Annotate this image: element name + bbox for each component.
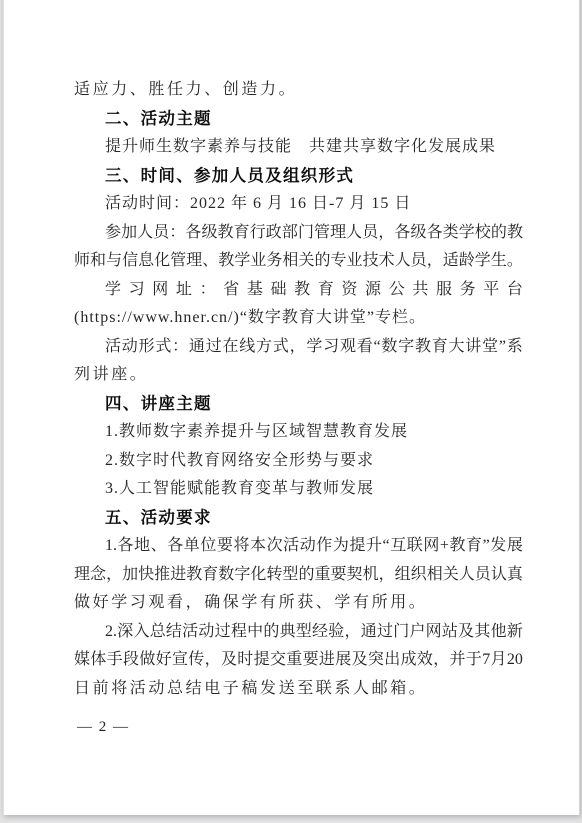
section-heading: 二、活动主题 bbox=[74, 105, 523, 134]
document-page: 适应力、胜任力、创造力。二、活动主题提升师生数字素养与技能 共建共享数字化发展成… bbox=[3, 0, 580, 815]
text-line: 适应力、胜任力、创造力。 bbox=[74, 76, 523, 105]
document-body: 适应力、胜任力、创造力。二、活动主题提升师生数字素养与技能 共建共享数字化发展成… bbox=[74, 76, 523, 703]
text-line: 理念，加快推进教育数字化转型的重要契机，组织相关人员认真 bbox=[74, 561, 523, 590]
document-viewer: { "viewer": { "background_color": "#e3e3… bbox=[0, 0, 582, 823]
text-line: 媒体手段做好宣传，及时提交重要进展及突出成效，并于7月20 bbox=[74, 646, 523, 675]
text-line: 活动时间：2022 年 6 月 16 日-7 月 15 日 bbox=[74, 190, 523, 219]
text-line: 2.深入总结活动过程中的典型经验，通过门户网站及其他新 bbox=[74, 618, 523, 647]
text-line: 2.数字时代教育网络安全形势与要求 bbox=[74, 447, 523, 476]
section-heading: 三、时间、参加人员及组织形式 bbox=[74, 162, 523, 191]
text-line: 日前将活动总结电子稿发送至联系人邮箱。 bbox=[74, 675, 523, 704]
text-line: 提升师生数字素养与技能 共建共享数字化发展成果 bbox=[74, 133, 523, 162]
section-heading: 五、活动要求 bbox=[74, 504, 523, 533]
text-line: 1.各地、各单位要将本次活动作为提升“互联网+教育”发展 bbox=[74, 532, 523, 561]
text-line: 师和与信息化管理、教学业务相关的专业技术人员，适龄学生。 bbox=[74, 247, 523, 276]
text-line: 1.教师数字素养提升与区域智慧教育发展 bbox=[74, 418, 523, 447]
text-line: 3.人工智能赋能教育变革与教师发展 bbox=[74, 475, 523, 504]
text-line: 活动形式：通过在线方式，学习观看“数字教育大讲堂”系 bbox=[74, 333, 523, 362]
text-line: 做好学习观看，确保学有所获、学有所用。 bbox=[74, 589, 523, 618]
text-line: 参加人员：各级教育行政部门管理人员，各级各类学校的教 bbox=[74, 219, 523, 248]
text-line: 学习网址：省基础教育资源公共服务平台 bbox=[74, 276, 523, 305]
text-line: 列讲座。 bbox=[74, 361, 523, 390]
page-number: — 2 — bbox=[77, 719, 130, 735]
section-heading: 四、讲座主题 bbox=[74, 390, 523, 419]
text-line: (https://www.hner.cn/)“数字教育大讲堂”专栏。 bbox=[74, 304, 523, 333]
